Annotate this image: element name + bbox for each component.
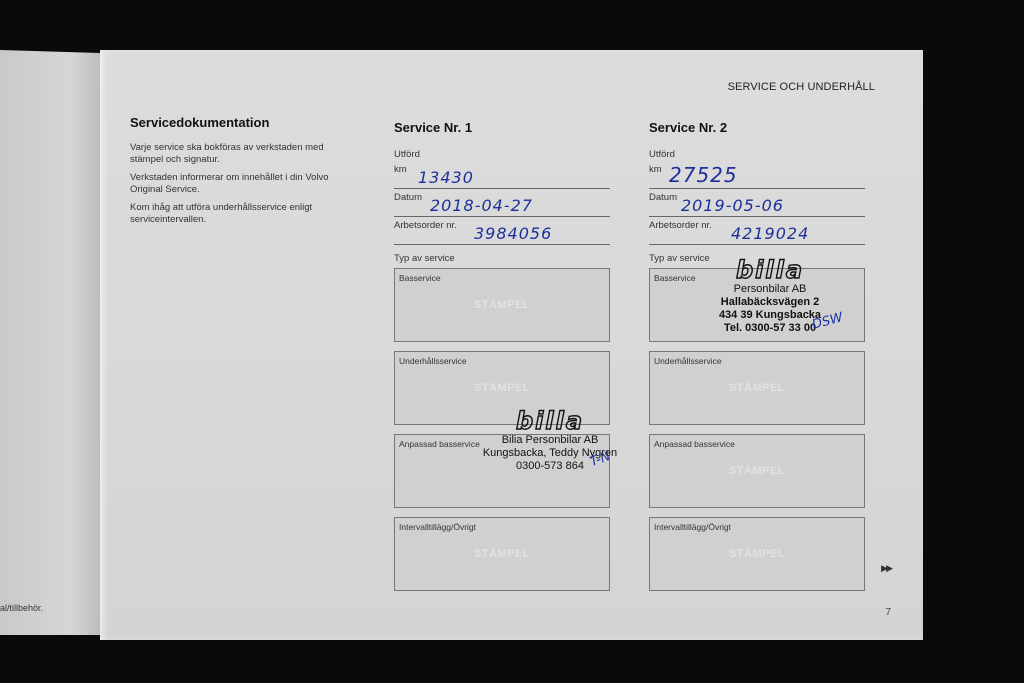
stamp-line: Personbilar AB [690, 283, 850, 296]
arbetsorder-label: Arbetsorder nr. [649, 220, 712, 231]
page-title: Servicedokumentation [130, 115, 350, 130]
service-2-title: Service Nr. 2 [649, 120, 865, 135]
arbetsorder-value: 3984056 [474, 224, 552, 243]
km-value: 27525 [669, 163, 738, 187]
datum-value: 2019-05-06 [681, 196, 784, 215]
utford-label: Utförd [394, 149, 610, 160]
box-label: Intervalltillägg/Övrigt [399, 522, 476, 532]
box-label: Underhållsservice [654, 356, 722, 366]
left-page: al/tillbehör. [0, 50, 100, 635]
datum-field[interactable]: Datum 2019-05-06 [649, 190, 865, 217]
arbetsorder-field[interactable]: Arbetsorder nr. 3984056 [394, 218, 610, 245]
stamp-line: 0300-573 864 [455, 460, 645, 473]
datum-value: 2018-04-27 [430, 196, 533, 215]
left-page-edge-text: al/tillbehör. [0, 603, 43, 613]
stamp-watermark: STÄMPEL [650, 548, 864, 560]
box-label: Basservice [399, 273, 441, 283]
km-label: km [394, 164, 407, 175]
box-intervalltillagg[interactable]: Intervalltillägg/Övrigt STÄMPEL [394, 517, 610, 591]
bilia-logo: billa [690, 257, 850, 283]
stamp-watermark: STÄMPEL [650, 465, 864, 477]
intro-paragraph: Varje service ska bokföras av verkstaden… [130, 142, 350, 166]
box-underhallsservice[interactable]: Underhållsservice STÄMPEL [649, 351, 865, 425]
datum-field[interactable]: Datum 2018-04-27 [394, 190, 610, 217]
running-head: SERVICE OCH UNDERHÅLL [728, 81, 875, 93]
right-page: SERVICE OCH UNDERHÅLL Servicedokumentati… [100, 50, 923, 640]
stamp-watermark: STÄMPEL [395, 382, 609, 394]
box-basservice[interactable]: Basservice STÄMPEL [394, 268, 610, 342]
service-1-title: Service Nr. 1 [394, 120, 610, 135]
stamp-line: Kungsbacka, Teddy Nygren [455, 447, 645, 460]
box-anpassad-basservice[interactable]: Anpassad basservice STÄMPEL [649, 434, 865, 508]
box-label: Intervalltillägg/Övrigt [654, 522, 731, 532]
typ-label: Typ av service [394, 253, 610, 264]
bilia-logo: billa [455, 408, 645, 434]
box-intervalltillagg[interactable]: Intervalltillägg/Övrigt STÄMPEL [649, 517, 865, 591]
service-1: Service Nr. 1 Utförd km 13430 Datum 2018… [394, 120, 610, 600]
datum-label: Datum [649, 192, 677, 203]
stamp-watermark: STÄMPEL [650, 382, 864, 394]
dealer-stamp-1: billa Bilia Personbilar AB Kungsbacka, T… [455, 408, 645, 473]
intro-section: Servicedokumentation Varje service ska b… [130, 115, 350, 232]
next-page-icon: ▶▶ [881, 563, 891, 574]
stamp-watermark: STÄMPEL [395, 548, 609, 560]
arbetsorder-field[interactable]: Arbetsorder nr. 4219024 [649, 218, 865, 245]
box-label: Anpassad basservice [654, 439, 735, 449]
stamp-line: Hallabäcksvägen 2 [690, 296, 850, 309]
arbetsorder-value: 4219024 [731, 224, 809, 243]
stamp-watermark: STÄMPEL [395, 299, 609, 311]
stamp-line: Bilia Personbilar AB [455, 434, 645, 447]
service-2: Service Nr. 2 Utförd km 27525 Datum 2019… [649, 120, 865, 600]
km-value: 13430 [418, 168, 474, 187]
km-field[interactable]: km 27525 [649, 162, 865, 189]
arbetsorder-label: Arbetsorder nr. [394, 220, 457, 231]
intro-paragraph: Kom ihåg att utföra underhållsservice en… [130, 202, 350, 226]
datum-label: Datum [394, 192, 422, 203]
intro-paragraph: Verkstaden informerar om innehållet i di… [130, 172, 350, 196]
box-label: Underhållsservice [399, 356, 467, 366]
page-number: 7 [885, 607, 891, 618]
utford-label: Utförd [649, 149, 865, 160]
km-field[interactable]: km 13430 [394, 162, 610, 189]
km-label: km [649, 164, 662, 175]
